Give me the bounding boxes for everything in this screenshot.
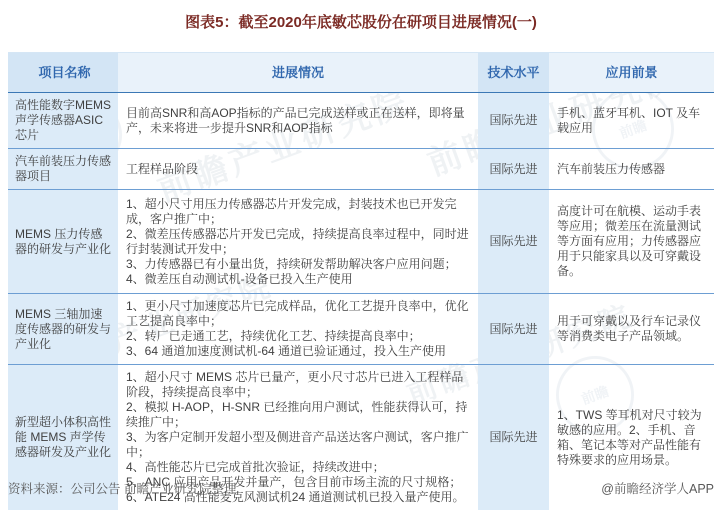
- prospect-cell: 高度计可在航模、运动手表等应用；微差压在流量测试等方面有应用；力传感器应用于只能…: [549, 190, 714, 293]
- progress-line: 3、64 通道加速度测试机-64 通道已验证通过，投入生产使用: [126, 344, 470, 359]
- progress-line: 3、力传感器已有小量出货，持续研发帮助解决客户应用问题；: [126, 257, 470, 272]
- prospect-text: 手机、蓝牙耳机、IOT 及车载应用: [557, 106, 706, 136]
- progress-line: 1、超小尺寸用压力传感器芯片开发完成，封装技术也已开发完成，客户推广中；: [126, 197, 470, 227]
- header-progress: 进展情况: [118, 53, 478, 92]
- tech-level-cell: 国际先进: [478, 294, 549, 364]
- header-project-name: 项目名称: [8, 53, 118, 92]
- project-name-cell: MEMS 压力传感器的研发与产业化: [8, 190, 118, 293]
- table-row: MEMS 三轴加速度传感器的研发与产业化 1、更小尺寸加速度芯片已完成样品，优化…: [8, 294, 714, 365]
- projects-table: 项目名称 进展情况 技术水平 应用前景 高性能数字MEMS声学传感器ASIC芯片…: [8, 52, 714, 510]
- prospect-text: 高度计可在航模、运动手表等应用；微差压在流量测试等方面有应用；力传感器应用于只能…: [557, 204, 706, 279]
- prospect-text: 1、TWS 等耳机对尺寸较为敏感的应用。2、手机、音箱、笔记本等对产品性能有特殊…: [557, 408, 706, 468]
- progress-line: 目前高SNR和高AOP指标的产品已完成送样或正在送样，即将量产，未来将进一步提升…: [126, 106, 470, 136]
- credit-text: @前瞻经济学人APP: [601, 479, 714, 497]
- page: 前瞻产业研究院 前瞻产业研究院 前瞻产业研究院 前瞻产业研究院 前瞻 前瞻 前瞻…: [0, 0, 722, 510]
- prospect-text: 用于可穿戴以及行车记录仪等消费类电子产品领域。: [557, 314, 706, 344]
- project-name-cell: 高性能数字MEMS声学传感器ASIC芯片: [8, 93, 118, 148]
- table-row: 高性能数字MEMS声学传感器ASIC芯片 目前高SNR和高AOP指标的产品已完成…: [8, 93, 714, 149]
- progress-cell: 工程样品阶段: [118, 149, 478, 189]
- project-name-cell: MEMS 三轴加速度传感器的研发与产业化: [8, 294, 118, 364]
- table-row: MEMS 压力传感器的研发与产业化 1、超小尺寸用压力传感器芯片开发完成，封装技…: [8, 190, 714, 294]
- progress-line: 1、超小尺寸 MEMS 芯片已量产，更小尺寸芯片已进入工程样品阶段，持续提高良率…: [126, 370, 470, 400]
- project-name-cell: 汽车前装压力传感器项目: [8, 149, 118, 189]
- header-tech-level: 技术水平: [478, 53, 549, 92]
- progress-cell: 目前高SNR和高AOP指标的产品已完成送样或正在送样，即将量产，未来将进一步提升…: [118, 93, 478, 148]
- prospect-cell: 汽车前装压力传感器: [549, 149, 714, 189]
- progress-line: 2、模拟 H-AOP，H-SNR 已经推向用户测试，性能获得认可，持续推广中；: [126, 400, 470, 430]
- footer: 资料来源：公司公告 前瞻产业研究院整理 @前瞻经济学人APP: [8, 479, 714, 497]
- table-header-row: 项目名称 进展情况 技术水平 应用前景: [8, 53, 714, 93]
- tech-level-cell: 国际先进: [478, 93, 549, 148]
- table-row: 汽车前装压力传感器项目 工程样品阶段 国际先进 汽车前装压力传感器: [8, 149, 714, 190]
- tech-level-cell: 国际先进: [478, 190, 549, 293]
- progress-line: 1、更小尺寸加速度芯片已完成样品，优化工艺提升良率中，优化工艺提高良率中；: [126, 299, 470, 329]
- progress-cell: 1、更小尺寸加速度芯片已完成样品，优化工艺提升良率中，优化工艺提高良率中； 2、…: [118, 294, 478, 364]
- header-prospect: 应用前景: [549, 53, 714, 92]
- progress-line: 2、微差压传感器芯片开发已完成，持续提高良率过程中，同时进行封装测试开发中；: [126, 227, 470, 257]
- progress-line: 3、为客户定制开发超小型及侧进音产品送达客户测试，客户推广中；: [126, 430, 470, 460]
- source-text: 资料来源：公司公告 前瞻产业研究院整理: [8, 479, 236, 497]
- chart-title: 图表5：截至2020年底敏芯股份在研项目进展情况(一): [0, 0, 722, 32]
- progress-line: 2、转厂已走通工艺，持续优化工艺、持续提高良率中；: [126, 329, 470, 344]
- prospect-text: 汽车前装压力传感器: [557, 162, 665, 177]
- progress-line: 4、微差压自动测试机-设备已投入生产使用: [126, 272, 470, 287]
- progress-cell: 1、超小尺寸用压力传感器芯片开发完成，封装技术也已开发完成，客户推广中； 2、微…: [118, 190, 478, 293]
- prospect-cell: 用于可穿戴以及行车记录仪等消费类电子产品领域。: [549, 294, 714, 364]
- tech-level-cell: 国际先进: [478, 149, 549, 189]
- progress-line: 工程样品阶段: [126, 162, 470, 177]
- progress-line: 4、高性能芯片已完成首批次验证，持续改进中；: [126, 460, 470, 475]
- prospect-cell: 手机、蓝牙耳机、IOT 及车载应用: [549, 93, 714, 148]
